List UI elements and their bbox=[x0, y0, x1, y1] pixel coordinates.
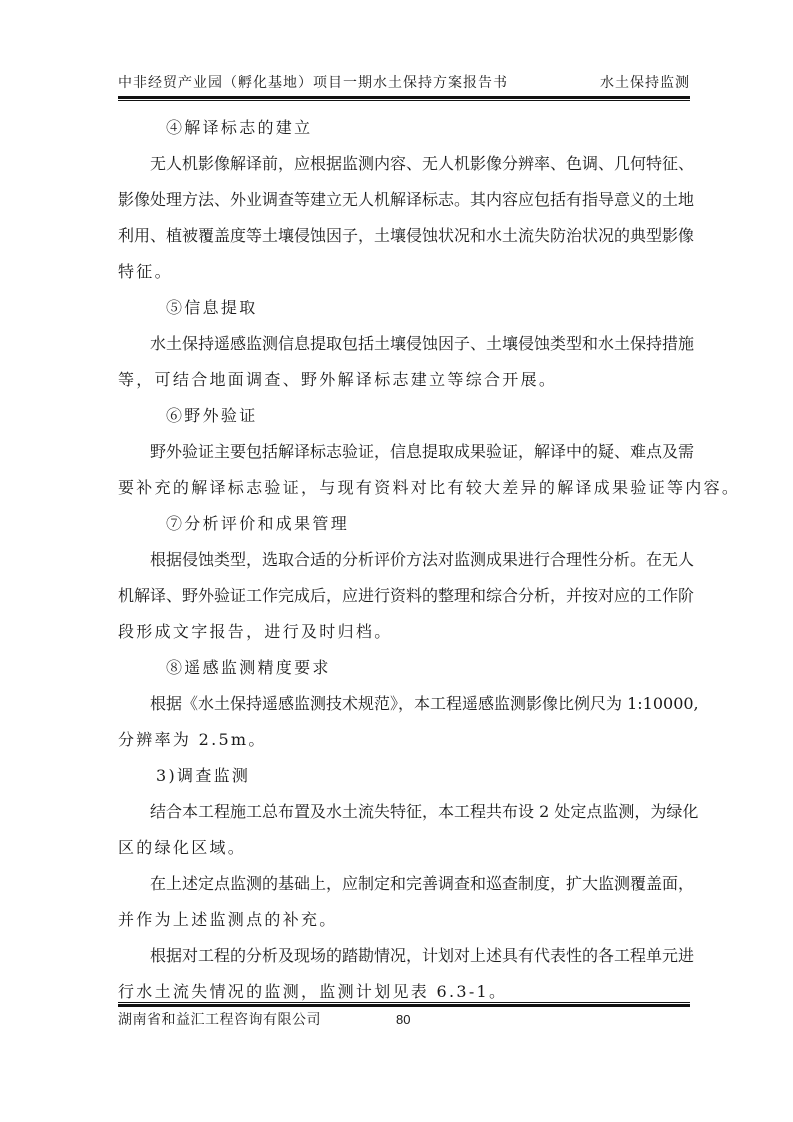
page-number: 80 bbox=[396, 1010, 410, 1030]
paragraph-line: 利用、植被覆盖度等土壤侵蚀因子，土壤侵蚀状况和水土流失防治状况的典型影像 bbox=[118, 218, 690, 254]
header-rule-thick bbox=[118, 96, 690, 99]
page-header: 中非经贸产业园（孵化基地）项目一期水土保持方案报告书 水土保持监测 bbox=[118, 73, 690, 93]
paragraph-line: 分辨率为 2.5m。 bbox=[118, 722, 690, 758]
paragraph-line: 并作为上述监测点的补充。 bbox=[118, 902, 690, 938]
paragraph-line: 特征。 bbox=[118, 254, 690, 290]
heading-accuracy-requirements: ⑧遥感监测精度要求 bbox=[118, 650, 690, 686]
heading-field-verification: ⑥野外验证 bbox=[118, 398, 690, 434]
paragraph-line: 无人机影像解译前，应根据监测内容、无人机影像分辨率、色调、几何特征、 bbox=[118, 146, 690, 182]
footer-rule-thin bbox=[118, 1002, 690, 1003]
paragraph-line: 段形成文字报告，进行及时归档。 bbox=[118, 614, 690, 650]
paragraph-line: 根据《水土保持遥感监测技术规范》，本工程遥感监测影像比例尺为 1:10000, bbox=[118, 686, 690, 722]
heading-survey-monitoring: 3)调查监测 bbox=[118, 758, 690, 794]
chapter-title: 水土保持监测 bbox=[600, 73, 690, 93]
paragraph-line: 机解译、野外验证工作完成后，应进行资料的整理和综合分析，并按对应的工作阶 bbox=[118, 578, 690, 614]
body-content: ④解译标志的建立 无人机影像解译前，应根据监测内容、无人机影像分辨率、色调、几何… bbox=[118, 110, 690, 1010]
company-name: 湖南省和益汇工程咨询有限公司 bbox=[118, 1010, 321, 1030]
document-title: 中非经贸产业园（孵化基地）项目一期水土保持方案报告书 bbox=[118, 73, 508, 93]
paragraph-line: 根据侵蚀类型，选取合适的分析评价方法对监测成果进行合理性分析。在无人 bbox=[118, 542, 690, 578]
paragraph-line: 根据对工程的分析及现场的踏勘情况，计划对上述具有代表性的各工程单元进 bbox=[118, 938, 690, 974]
paragraph-line: 要补充的解译标志验证，与现有资料对比有较大差异的解译成果验证等内容。 bbox=[118, 470, 690, 506]
paragraph-line: 影像处理方法、外业调查等建立无人机解译标志。其内容应包括有指导意义的土地 bbox=[118, 182, 690, 218]
paragraph-line: 野外验证主要包括解译标志验证，信息提取成果验证，解译中的疑、难点及需 bbox=[118, 434, 690, 470]
paragraph-line: 水土保持遥感监测信息提取包括土壤侵蚀因子、土壤侵蚀类型和水土保持措施 bbox=[118, 326, 690, 362]
paragraph-line: 在上述定点监测的基础上，应制定和完善调查和巡查制度，扩大监测覆盖面， bbox=[118, 866, 690, 902]
heading-interpretation-marks: ④解译标志的建立 bbox=[118, 110, 690, 146]
header-rule-thin bbox=[118, 100, 690, 101]
paragraph-line: 结合本工程施工总布置及水土流失特征，本工程共布设 2 处定点监测，为绿化 bbox=[118, 794, 690, 830]
heading-analysis-evaluation: ⑦分析评价和成果管理 bbox=[118, 506, 690, 542]
footer-rule-thick bbox=[118, 1004, 690, 1007]
heading-information-extraction: ⑤信息提取 bbox=[118, 290, 690, 326]
paragraph-line: 区的绿化区域。 bbox=[118, 830, 690, 866]
page-footer: 湖南省和益汇工程咨询有限公司 80 bbox=[118, 1010, 690, 1030]
paragraph-line: 等，可结合地面调查、野外解译标志建立等综合开展。 bbox=[118, 362, 690, 398]
